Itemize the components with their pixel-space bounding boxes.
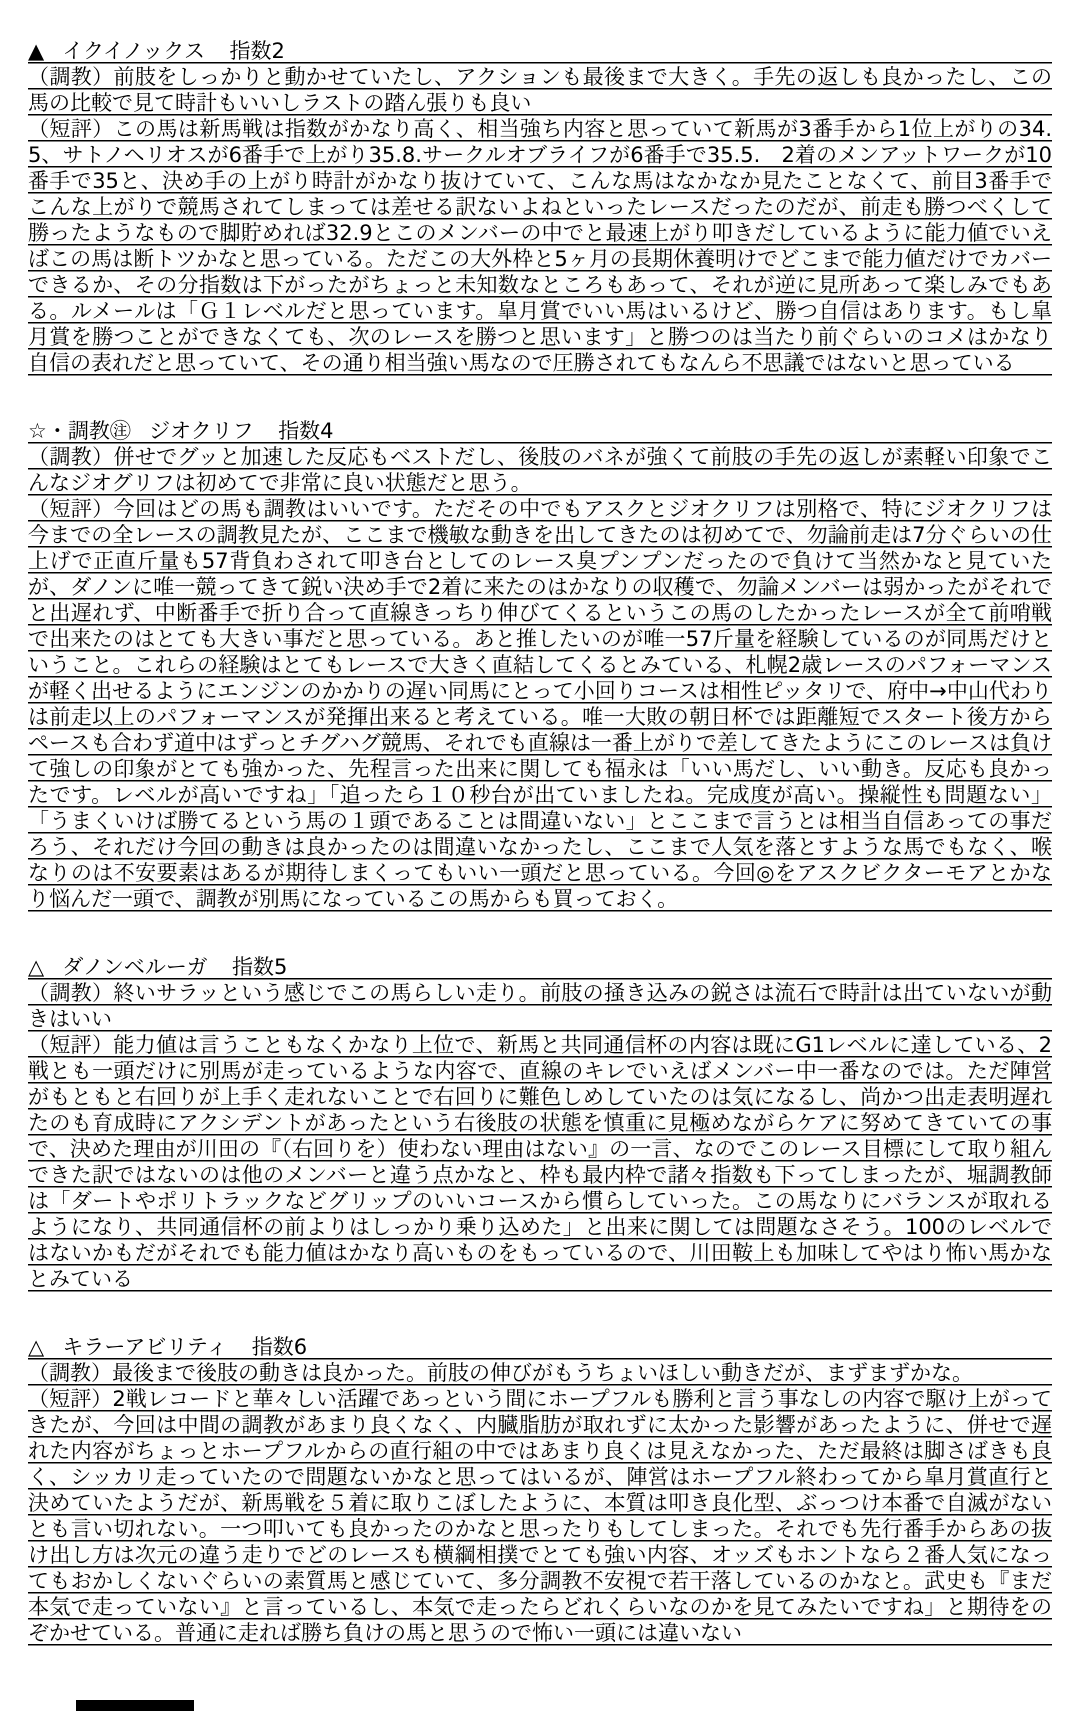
horse-entry-geoglyph: ☆・調教㊟ ジオクリフ 指数4 （調教）併せでグッと加速した反応もベストだし、後… <box>28 418 1052 912</box>
entry-header: △ ダノンベルーガ 指数5 <box>28 954 1052 980</box>
horse-entry-killer-ability: △ キラーアビリティ 指数6 （調教）最後まで後肢の動きは良かった。前肢の伸びが… <box>28 1334 1052 1646</box>
horse-name: ダノンベルーガ <box>62 955 207 979</box>
comment-paragraph: （短評）この馬は新馬戦は指数がかなり高く、相当強ち内容と思っていて新馬が3番手か… <box>28 116 1052 376</box>
entry-header: ☆・調教㊟ ジオクリフ 指数4 <box>28 418 1052 444</box>
horse-name: ジオクリフ <box>149 419 254 443</box>
horse-entry-equinox: ▲ イクイノックス 指数2 （調教）前肢をしっかりと動かせていたし、アクションも… <box>28 38 1052 376</box>
entry-header: ▲ イクイノックス 指数2 <box>28 38 1052 64</box>
index-label: 指数4 <box>278 419 333 443</box>
training-paragraph: （調教）最後まで後肢の動きは良かった。前肢の伸びがもうちょいほしい動きだが、まず… <box>28 1360 1052 1386</box>
entry-header: △ キラーアビリティ 指数6 <box>28 1334 1052 1360</box>
horse-name: キラーアビリティ <box>62 1335 227 1359</box>
comment-paragraph: （短評）能力値は言うこともなくかなり上位で、新馬と共同通信杯の内容は既にG1レベ… <box>28 1032 1052 1292</box>
document-page: ▲ イクイノックス 指数2 （調教）前肢をしっかりと動かせていたし、アクションも… <box>0 0 1080 1711</box>
bottom-artifact <box>76 1700 194 1711</box>
index-label: 指数2 <box>230 39 285 63</box>
training-paragraph: （調教）併せでグッと加速した反応もベストだし、後肢のバネが強くて前肢の手先の返し… <box>28 444 1052 496</box>
index-label: 指数6 <box>252 1335 307 1359</box>
horse-entry-danon-beluga: △ ダノンベルーガ 指数5 （調教）終いサラッという感じでこの馬らしい走り。前肢… <box>28 954 1052 1292</box>
horse-name: イクイノックス <box>62 39 205 63</box>
rank-mark: △ <box>28 955 44 979</box>
training-paragraph: （調教）終いサラッという感じでこの馬らしい走り。前肢の掻き込みの鋭さは流石で時計… <box>28 980 1052 1032</box>
comment-paragraph: （短評）今回はどの馬も調教はいいです。ただその中でもアスクとジオクリフは別格で、… <box>28 496 1052 912</box>
rank-mark: △ <box>28 1335 44 1359</box>
index-label: 指数5 <box>232 955 287 979</box>
training-paragraph: （調教）前肢をしっかりと動かせていたし、アクションも最後まで大きく。手先の返しも… <box>28 64 1052 116</box>
rank-mark: ☆・調教㊟ <box>28 419 131 443</box>
rank-mark: ▲ <box>28 39 44 63</box>
comment-paragraph: （短評）2戦レコードと華々しい活躍であっという間にホープフルも勝利と言う事なしの… <box>28 1386 1052 1646</box>
